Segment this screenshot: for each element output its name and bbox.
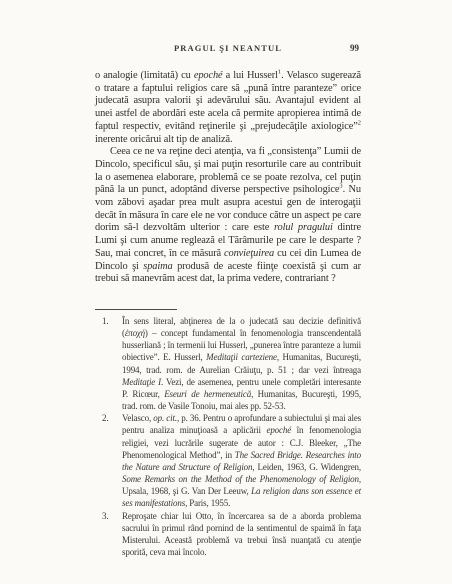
footnote-3-text: Reproşate chiar lui Otto, în încercarea …: [122, 511, 361, 557]
paragraph-continuation: o analogie (limitată) cu epoché a lui Hu…: [95, 70, 361, 146]
footnote-1-number: 1.: [102, 315, 108, 327]
book-page: PRAGUL ŞI NEANTUL 99 o analogie (limitat…: [0, 0, 452, 584]
footnotes-block: 1. În sens literal, abţinerea de la o ju…: [95, 315, 361, 558]
running-header: PRAGUL ŞI NEANTUL 99: [95, 43, 361, 55]
footnote-1-text: În sens literal, abţinerea de la o judec…: [122, 316, 361, 411]
page-number: 99: [350, 43, 359, 53]
footnote-2-number: 2.: [102, 412, 108, 424]
footnote-separator-rule: [95, 309, 177, 310]
footnote-2: 2. Velasco, op. cit., p. 36. Pentru o ap…: [95, 412, 361, 509]
footnote-3-number: 3.: [102, 510, 108, 522]
paragraph: Ceea ce ne va reţine deci atenţia, va fi…: [95, 146, 361, 286]
footnote-2-text: Velasco, op. cit., p. 36. Pentru o aprof…: [122, 413, 361, 508]
body-text: o analogie (limitată) cu epoché a lui Hu…: [95, 70, 361, 286]
running-header-title: PRAGUL ŞI NEANTUL: [95, 43, 361, 53]
footnote-1: 1. În sens literal, abţinerea de la o ju…: [95, 315, 361, 412]
footnote-3: 3. Reproşate chiar lui Otto, în încercar…: [95, 510, 361, 559]
